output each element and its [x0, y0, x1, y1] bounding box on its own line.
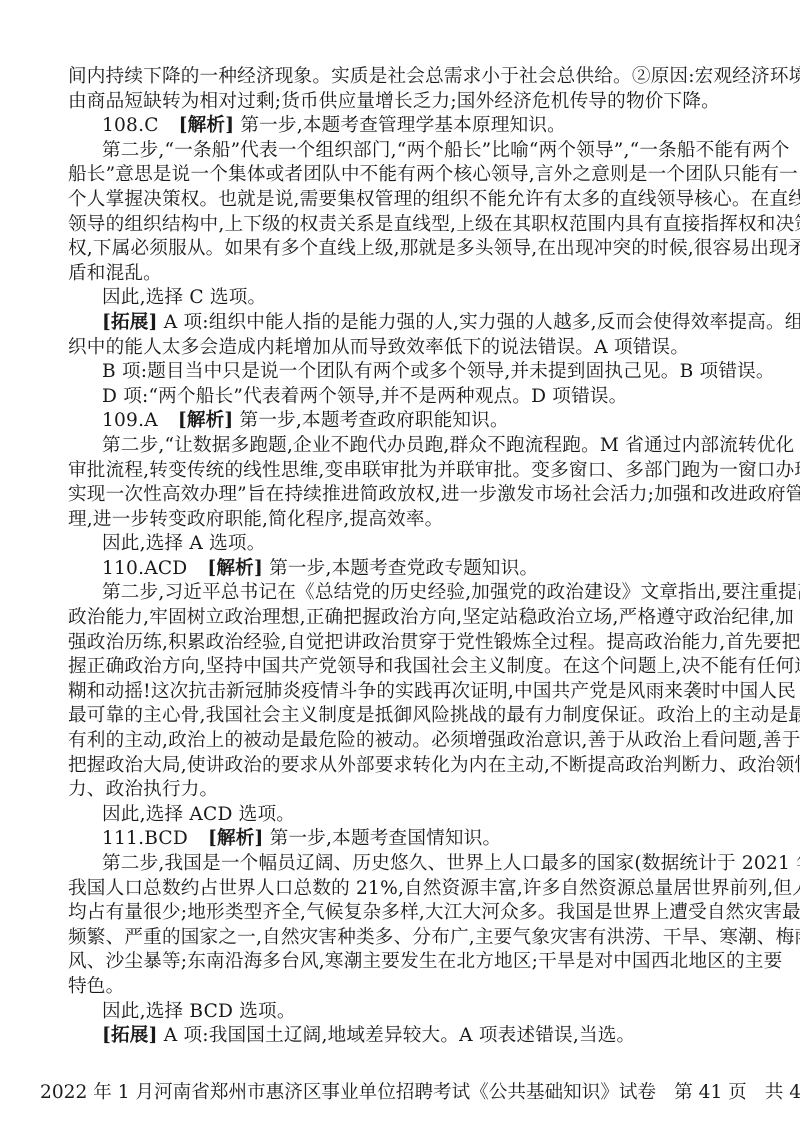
text-line: 糊和动摇!这次抗击新冠肺炎疫情斗争的实践再次证明,中国共产党是风雨来袭时中国人民: [68, 680, 736, 705]
footer-title: 2022 年 1 月河南省郑州市惠济区事业单位招聘考试《公共基础知识》试卷: [40, 1082, 656, 1103]
text-line: 政治能力,牢固树立政治理想,正确把握政治方向,坚定站稳政治立场,严格遵守政治纪律…: [68, 606, 736, 631]
text-line: 织中的能人太多会造成内耗增加从而导致效率低下的说法错误。A 项错误。: [68, 336, 736, 361]
text-line: 审批流程,转变传统的线性思维,变串联审批为并联审批。变多窗口、多部门跑为一窗口办…: [68, 459, 736, 484]
text-line: 特色。: [68, 975, 736, 1000]
text-line: D 项:“两个船长”代表着两个领导,并不是两种观点。D 项错误。: [68, 385, 736, 410]
text-line: 实现一次性高效办理”旨在持续推进简政放权,进一步激发市场社会活力;加强和改进政府…: [68, 483, 736, 508]
text-line: 均占有量很少;地形类型齐全,气候复杂多样,大江大河众多。我国是世界上遭受自然灾害…: [68, 901, 736, 926]
text-line: 力、政治执行力。: [68, 778, 736, 803]
text-line: 船长”意思是说一个集体或者团队中不能有两个核心领导,言外之意则是一个团队只能有一: [68, 163, 736, 188]
section-tag: [解析]: [178, 410, 234, 431]
line-text: 第一步,本题考查党政专题知识。: [263, 558, 538, 579]
text-line: 因此,选择 C 选项。: [68, 286, 736, 311]
text-line: 把握政治大局,使讲政治的要求从外部要求转化为内在主动,不断提高政治判断力、政治领…: [68, 754, 736, 779]
line-text: 第一步,本题考查国情知识。: [264, 828, 502, 849]
text-line: 权,下属必须服从。如果有多个直线上级,那就是多头领导,在出现冲突的时候,很容易出…: [68, 237, 736, 262]
text-line: 理,进一步转变政府职能,简化程序,提高效率。: [68, 508, 736, 533]
text-line: 第二步,习近平总书记在《总结党的历史经验,加强党的政治建设》文章指出,要注重提高: [68, 581, 736, 606]
document-body: 间内持续下降的一种经济现象。实质是社会总需求小于社会总供给。②原因:宏观经济环境…: [68, 65, 736, 1049]
question-number: 111.BCD: [102, 828, 188, 849]
question-number: 108.C: [102, 115, 159, 136]
line-text: A 项:组织中能人指的是能力强的人,实力强的人越多,反而会使得效率提高。组: [158, 312, 800, 333]
extension-paragraph: [拓展] A 项:组织中能人指的是能力强的人,实力强的人越多,反而会使得效率提高…: [68, 311, 736, 336]
text-line: 盾和混乱。: [68, 262, 736, 287]
answer-heading: 111.BCD[解析] 第一步,本题考查国情知识。: [68, 827, 736, 852]
line-text: A 项:我国国土辽阔,地域差异较大。A 项表述错误,当选。: [158, 1025, 636, 1046]
text-line: 第二步,“一条船”代表一个组织部门,“两个船长”比喻“两个领导”,“一条船不能有…: [68, 139, 736, 164]
line-text: 第一步,本题考查管理学基本原理知识。: [234, 115, 566, 136]
total-pages: 共 46 页: [765, 1082, 800, 1103]
section-tag: [解析]: [207, 558, 263, 579]
section-tag: [解析]: [208, 828, 264, 849]
text-line: 因此,选择 ACD 选项。: [68, 803, 736, 828]
text-line: 第二步,“让数据多跑题,企业不跑代办员跑,群众不跑流程跑。M 省通过内部流转优化: [68, 434, 736, 459]
text-line: 风、沙尘暴等;东南沿海多台风,寒潮主要发生在北方地区;干旱是对中国西北地区的主要: [68, 950, 736, 975]
text-line: 有利的主动,政治上的被动是最危险的被动。必须增强政治意识,善于从政治上看问题,善…: [68, 729, 736, 754]
text-line: 握正确政治方向,坚持中国共产党领导和我国社会主义制度。在这个问题上,决不能有任何…: [68, 655, 736, 680]
section-tag: [解析]: [179, 115, 235, 136]
extension-paragraph: [拓展] A 项:我国国土辽阔,地域差异较大。A 项表述错误,当选。: [68, 1024, 736, 1049]
text-line: 由商品短缺转为相对过剩;货币供应量增长乏力;国外经济危机传导的物价下降。: [68, 90, 736, 115]
text-line: B 项:题目当中只是说一个团队有两个或多个领导,并未提到固执己见。B 项错误。: [68, 360, 736, 385]
text-line: 我国人口总数约占世界人口总数的 21%,自然资源丰富,许多自然资源总量居世界前列…: [68, 877, 736, 902]
section-tag: [拓展]: [102, 1025, 158, 1046]
text-line: 频繁、严重的国家之一,自然灾害种类多、分布广,主要气象灾害有洪涝、干旱、寒潮、梅…: [68, 926, 736, 951]
page-number: 第 41 页: [674, 1082, 747, 1103]
line-text: 第一步,本题考查政府职能知识。: [233, 410, 508, 431]
answer-heading: 109.A[解析] 第一步,本题考查政府职能知识。: [68, 409, 736, 434]
question-number: 110.ACD: [102, 558, 187, 579]
text-line: 强政治历练,积累政治经验,自觉把讲政治贯穿于党性锻炼全过程。提高政治能力,首先要…: [68, 631, 736, 656]
text-line: 间内持续下降的一种经济现象。实质是社会总需求小于社会总供给。②原因:宏观经济环境: [68, 65, 736, 90]
section-tag: [拓展]: [102, 312, 158, 333]
question-number: 109.A: [102, 410, 158, 431]
text-line: 因此,选择 A 选项。: [68, 532, 736, 557]
page-footer: 2022 年 1 月河南省郑州市惠济区事业单位招聘考试《公共基础知识》试卷第 4…: [40, 1081, 760, 1105]
answer-heading: 108.C[解析] 第一步,本题考查管理学基本原理知识。: [68, 114, 736, 139]
answer-heading: 110.ACD[解析] 第一步,本题考查党政专题知识。: [68, 557, 736, 582]
text-line: 因此,选择 BCD 选项。: [68, 1000, 736, 1025]
text-line: 领导的组织结构中,上下级的权责关系是直线型,上级在其职权范围内具有直接指挥权和决…: [68, 213, 736, 238]
text-line: 个人掌握决策权。也就是说,需要集权管理的组织不能允许有太多的直线领导核心。在直线: [68, 188, 736, 213]
text-line: 最可靠的主心骨,我国社会主义制度是抵御风险挑战的最有力制度保证。政治上的主动是最: [68, 704, 736, 729]
text-line: 第二步,我国是一个幅员辽阔、历史悠久、世界上人口最多的国家(数据统计于 2021…: [68, 852, 736, 877]
